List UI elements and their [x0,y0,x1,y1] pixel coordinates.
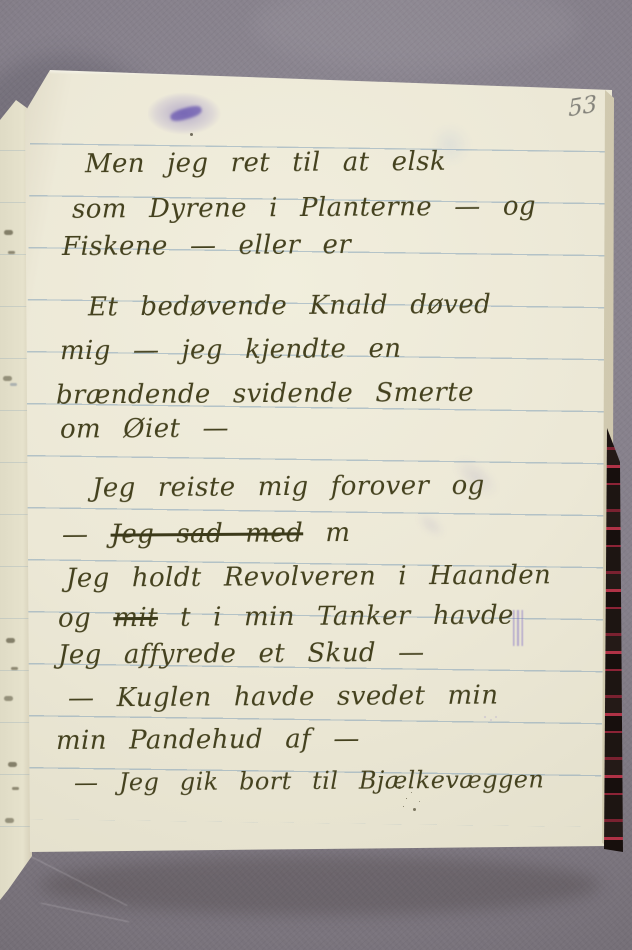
handwriting-text: Jeg affyrede et Skud — [58,638,425,671]
handwriting-line: Men jeg ret til at elsk [85,149,446,178]
handwriting-text: Jeg holdt Revolveren i Haanden [66,560,551,593]
handwriting-line: brændende svidende Smerte [56,380,474,409]
handwriting-text: Fiskene — eller er [62,230,351,262]
ink-showthrough-marks [4,230,13,235]
page-top-edge-highlight [50,70,610,83]
handwriting-line: Jeg affyrede et Skud — [58,640,425,669]
handwriting-line: som Dyrene i Planterne — og [72,193,536,222]
handwriting-line: mig — jeg kjendte en [60,336,402,364]
handwriting-line: og mit t i min Tanker havde [58,602,514,631]
handwriting-line: Fiskene — eller er [62,232,351,260]
ink-smudge [148,86,228,136]
handwriting-text: mig — jeg kjendte en [60,334,402,366]
handwriting-text: — [62,520,111,550]
handwriting-text: t i min Tanker havde [158,600,514,632]
ink-speck [190,133,193,136]
handwriting-text: m [303,518,350,548]
handwriting-line: — Jeg sad med m [62,520,351,548]
page-number: 53 [568,91,598,122]
handwriting-line: om Øiet — [60,415,229,442]
handwriting-text: og [58,603,114,633]
strikethrough-text: mit [113,603,158,633]
felt-highlight [250,0,580,70]
handwriting-text: — Jeg gik bort til Bjælkevæggen [74,765,544,796]
handwriting-line: Et bedøvende Knald døved [88,292,491,321]
handwriting-text: brændende svidende Smerte [56,378,474,411]
handwriting-text: min Pandehud af — [56,724,360,756]
ink-smudge-core [169,104,203,123]
strikethrough-text: Jeg sad med [110,518,303,549]
handwriting-text: Et bedøvende Knald døved [88,290,491,323]
handwriting-text: om Øiet — [60,413,229,444]
handwriting-text: Jeg reiste mig forover og [92,471,485,504]
handwriting-line: — Jeg gik bort til Bjælkevæggen [74,767,544,794]
photo-background: 53 Men jeg ret til at elsk som Dyrene i … [0,0,632,950]
handwriting-text: — Kuglen havde svedet min [68,680,499,713]
page-contact-shadow [40,855,600,915]
handwriting-text: som Dyrene i Planterne — og [72,191,536,224]
facing-page-ruled-lines [0,150,30,850]
purple-streak [513,610,525,646]
handwriting-line: min Pandehud af — [56,726,360,754]
purple-speck-patch [482,714,500,727]
handwriting-line: Jeg reiste mig forover og [92,473,485,502]
handwriting-text: Men jeg ret til at elsk [85,147,446,180]
handwriting-line: — Kuglen havde svedet min [68,682,499,711]
handwriting-line: Jeg holdt Revolveren i Haanden [66,562,551,591]
